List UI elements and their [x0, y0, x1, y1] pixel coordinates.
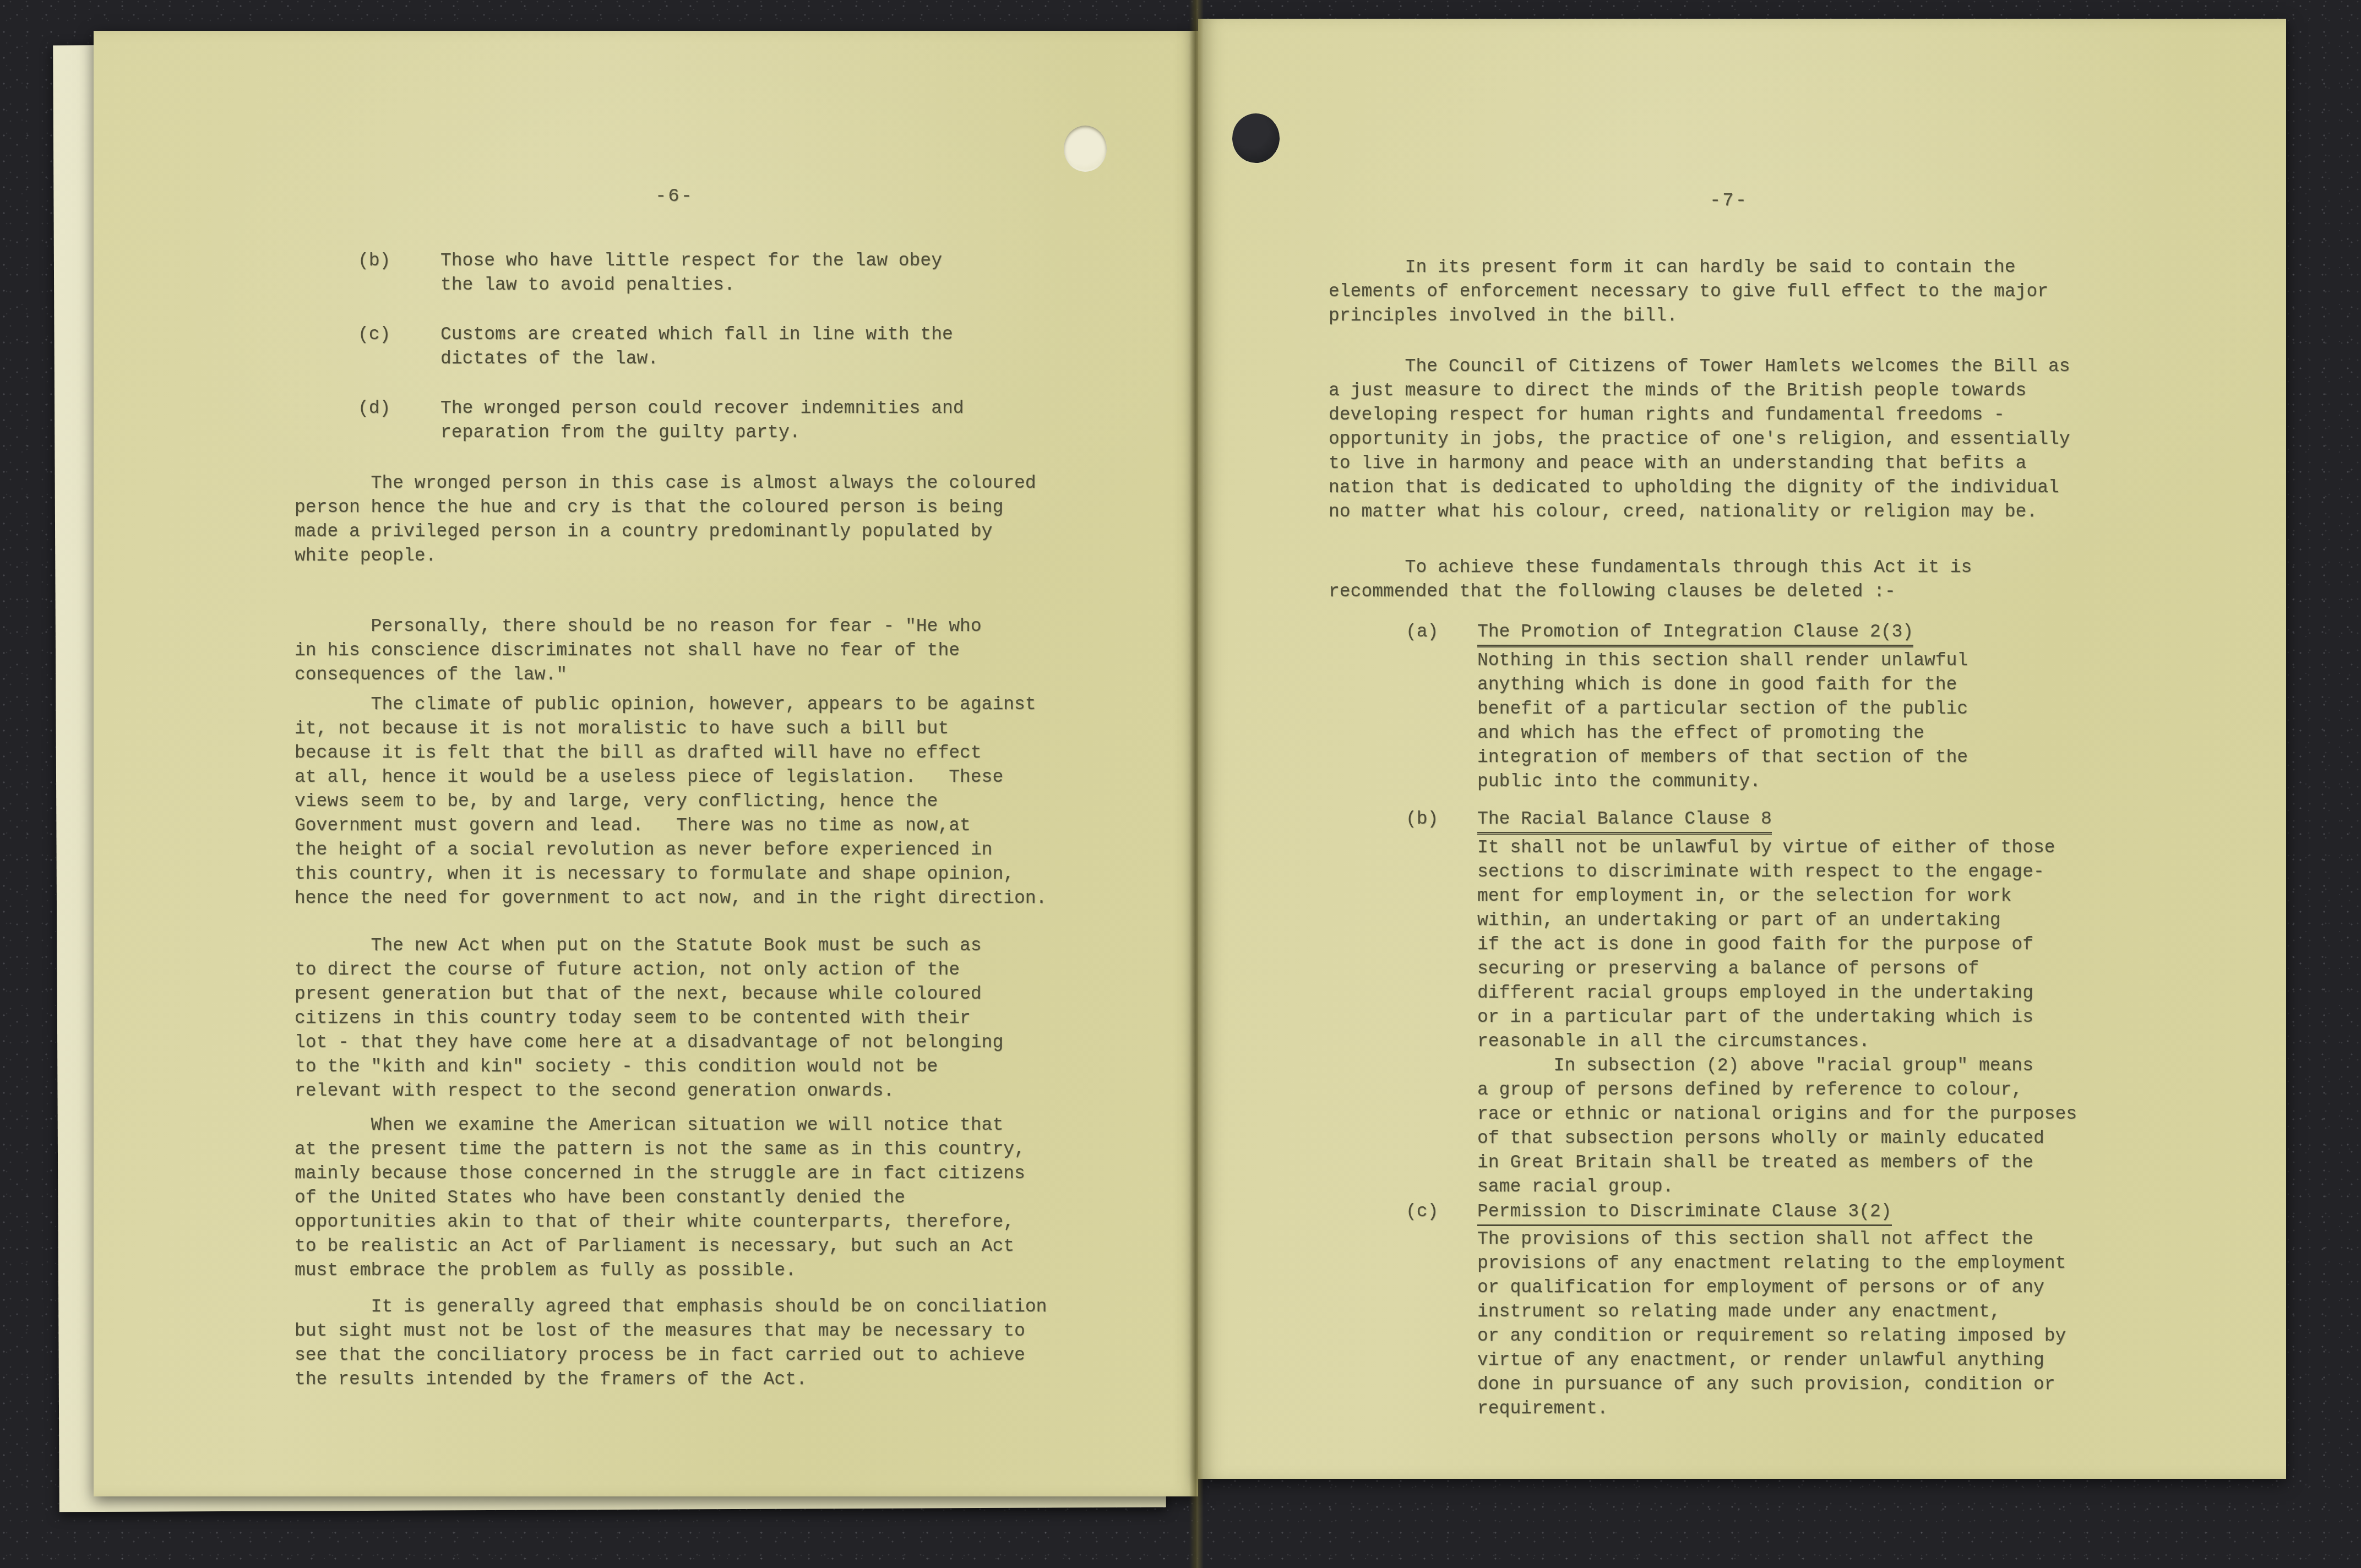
text-line: of that subsection persons wholly or mai… — [1477, 1126, 2077, 1151]
text-line: dictates of the law. — [440, 347, 953, 371]
text-line: to live in harmony and peace with an und… — [1329, 451, 2070, 476]
text-line: to be realistic an Act of Parliament is … — [295, 1234, 1025, 1259]
text-line: person hence the hue and cry is that the… — [295, 496, 1036, 520]
paragraph: To achieve these fundamentals through th… — [1329, 556, 1972, 604]
text-line: or qualification for employment of perso… — [1477, 1276, 2066, 1300]
text-line: When we examine the American situation w… — [295, 1113, 1025, 1137]
text-line: within, an undertaking or part of an und… — [1477, 908, 2077, 933]
scanned-document-photo: { "colors":{ "background":"#232327", "pa… — [0, 0, 2361, 1568]
page-number: -7- — [1710, 190, 1748, 211]
paragraph: The new Act when put on the Statute Book… — [295, 934, 1003, 1103]
list-item-text: Customs are created which fall in line w… — [440, 323, 953, 371]
text-line: reasonable in all the circumstances. — [1477, 1030, 2077, 1054]
text-line: nation that is dedicated to upholding th… — [1329, 476, 2070, 500]
text-line: and which has the effect of promoting th… — [1477, 721, 1968, 745]
text-line: reparation from the guilty party. — [440, 421, 964, 445]
text-line: It is generally agreed that emphasis sho… — [295, 1295, 1047, 1319]
clause-heading: The Promotion of Integration Clause 2(3) — [1477, 620, 1968, 647]
text-line: It shall not be unlawful by virtue of ei… — [1477, 836, 2077, 860]
text-line: different racial groups employed in the … — [1477, 981, 2077, 1005]
text-line: virtue of any enactment, or render unlaw… — [1477, 1348, 2066, 1373]
text-line: the law to avoid penalties. — [440, 273, 942, 297]
clause-heading: Permission to Discriminate Clause 3(2) — [1477, 1200, 2066, 1226]
text-line: it, not because it is not moralistic to … — [295, 717, 1047, 741]
text-line: In subsection (2) above "racial group" m… — [1477, 1054, 2077, 1078]
text-line: sections to discriminate with respect to… — [1477, 860, 2077, 884]
text-line: in his conscience discriminates not shal… — [295, 639, 982, 663]
text-line: race or ethnic or national origins and f… — [1477, 1102, 2077, 1126]
text-line: opportunity in jobs, the practice of one… — [1329, 427, 2070, 451]
text-line: no matter what his colour, creed, nation… — [1329, 500, 2070, 524]
clause-heading: The Racial Balance Clause 8 — [1477, 807, 2077, 835]
text-line: a just measure to direct the minds of th… — [1329, 379, 2070, 403]
text-line: Nothing in this section shall render unl… — [1477, 649, 1968, 673]
list-item-b: (b) Those who have little respect for th… — [358, 249, 942, 297]
text-line: In its present form it can hardly be sai… — [1329, 255, 2048, 280]
clause-text: Nothing in this section shall render unl… — [1477, 649, 1968, 794]
list-item-text: Those who have little respect for the la… — [440, 249, 942, 297]
text-line: citizens in this country today seem to b… — [295, 1006, 1003, 1031]
text-line: to the "kith and kin" society - this con… — [295, 1055, 1003, 1079]
text-line: anything which is done in good faith for… — [1477, 673, 1968, 697]
text-line: The new Act when put on the Statute Book… — [295, 934, 1003, 958]
text-line: same racial group. — [1477, 1175, 2077, 1199]
text-line: lot - that they have come here at a disa… — [295, 1031, 1003, 1055]
text-line: Customs are created which fall in line w… — [440, 323, 953, 347]
text-line: hence the need for government to act now… — [295, 886, 1047, 911]
text-line: white people. — [295, 544, 1036, 568]
list-item-label: (b) — [358, 249, 390, 273]
text-line: done in pursuance of any such provision,… — [1477, 1373, 2066, 1397]
text-line: benefit of a particular section of the p… — [1477, 697, 1968, 721]
text-line: to direct the course of future action, n… — [295, 958, 1003, 982]
text-line: The climate of public opinion, however, … — [295, 693, 1047, 717]
text-line: requirement. — [1477, 1397, 2066, 1421]
clause-label: (a) — [1406, 620, 1438, 644]
list-item-label: (c) — [358, 323, 390, 347]
text-line: mainly because those concerned in the st… — [295, 1162, 1025, 1186]
text-line: securing or preserving a balance of pers… — [1477, 957, 2077, 981]
list-item-d: (d) The wronged person could recover ind… — [358, 396, 964, 445]
text-line: opportunities akin to that of their whit… — [295, 1210, 1025, 1234]
text-line: a group of persons defined by reference … — [1477, 1078, 2077, 1102]
text-line: views seem to be, by and large, very con… — [295, 790, 1047, 814]
text-line: if the act is done in good faith for the… — [1477, 933, 2077, 957]
text-line: instrument so relating made under any en… — [1477, 1300, 2066, 1324]
text-line: the results intended by the framers of t… — [295, 1368, 1047, 1392]
list-item-text: The wronged person could recover indemni… — [440, 396, 964, 445]
punch-hole — [1064, 126, 1107, 172]
text-line: Those who have little respect for the la… — [440, 249, 942, 273]
paragraph: Personally, there should be no reason fo… — [295, 614, 982, 687]
clause-label: (b) — [1406, 807, 1438, 831]
text-line: consequences of the law." — [295, 663, 982, 687]
paragraph: The Council of Citizens of Tower Hamlets… — [1329, 355, 2070, 524]
punch-hole-filled — [1232, 113, 1280, 163]
text-line: elements of enforcement necessary to giv… — [1329, 280, 2048, 304]
text-line: must embrace the problem as fully as pos… — [295, 1259, 1025, 1283]
text-line: Personally, there should be no reason fo… — [295, 614, 982, 639]
text-line: of the United States who have been const… — [295, 1186, 1025, 1210]
text-line: see that the conciliatory process be in … — [295, 1343, 1047, 1368]
clause-a: (a) The Promotion of Integration Clause … — [1406, 620, 1968, 794]
paragraph: In its present form it can hardly be sai… — [1329, 255, 2048, 328]
text-line: or any condition or requirement so relat… — [1477, 1324, 2066, 1348]
text-line: The wronged person in this case is almos… — [295, 471, 1036, 496]
list-item-label: (d) — [358, 396, 390, 421]
text-line: but sight must not be lost of the measur… — [295, 1319, 1047, 1343]
text-line: present generation but that of the next,… — [295, 982, 1003, 1006]
text-line: integration of members of that section o… — [1477, 745, 1968, 770]
page-6: -6- (b) Those who have little respect fo… — [94, 31, 1198, 1496]
text-line: at the present time the pattern is not t… — [295, 1137, 1025, 1162]
text-line: in Great Britain shall be treated as mem… — [1477, 1151, 2077, 1175]
paragraph: The climate of public opinion, however, … — [295, 693, 1047, 911]
clause-b: (b) The Racial Balance Clause 8 It shall… — [1406, 807, 2077, 1199]
text-line: because it is felt that the bill as draf… — [295, 741, 1047, 765]
text-line: developing respect for human rights and … — [1329, 403, 2070, 427]
paragraph: The wronged person in this case is almos… — [295, 471, 1036, 568]
text-line: relevant with respect to the second gene… — [295, 1079, 1003, 1103]
text-line: at all, hence it would be a useless piec… — [295, 765, 1047, 790]
text-line: made a privileged person in a country pr… — [295, 520, 1036, 544]
text-line: The wronged person could recover indemni… — [440, 396, 964, 421]
list-item-c: (c) Customs are created which fall in li… — [358, 323, 953, 371]
text-line: Government must govern and lead. There w… — [295, 814, 1047, 838]
paragraph: It is generally agreed that emphasis sho… — [295, 1295, 1047, 1392]
clause-text: It shall not be unlawful by virtue of ei… — [1477, 836, 2077, 1199]
text-line: the height of a social revolution as nev… — [295, 838, 1047, 862]
clause-text: The provisions of this section shall not… — [1477, 1227, 2066, 1421]
text-line: principles involved in the bill. — [1329, 304, 2048, 328]
text-line: ment for employment in, or the selection… — [1477, 884, 2077, 908]
text-line: provisions of any enactment relating to … — [1477, 1251, 2066, 1276]
text-line: The Council of Citizens of Tower Hamlets… — [1329, 355, 2070, 379]
text-line: The provisions of this section shall not… — [1477, 1227, 2066, 1251]
text-line: To achieve these fundamentals through th… — [1329, 556, 1972, 580]
paragraph: When we examine the American situation w… — [295, 1113, 1025, 1283]
text-line: this country, when it is necessary to fo… — [295, 862, 1047, 886]
text-line: public into the community. — [1477, 770, 1968, 794]
text-line: or in a particular part of the undertaki… — [1477, 1005, 2077, 1030]
clause-c: (c) Permission to Discriminate Clause 3(… — [1406, 1200, 2066, 1421]
page-number: -6- — [655, 186, 694, 207]
clause-label: (c) — [1406, 1200, 1438, 1224]
page-7: -7- In its present form it can hardly be… — [1198, 19, 2286, 1479]
text-line: recommended that the following clauses b… — [1329, 580, 1972, 604]
